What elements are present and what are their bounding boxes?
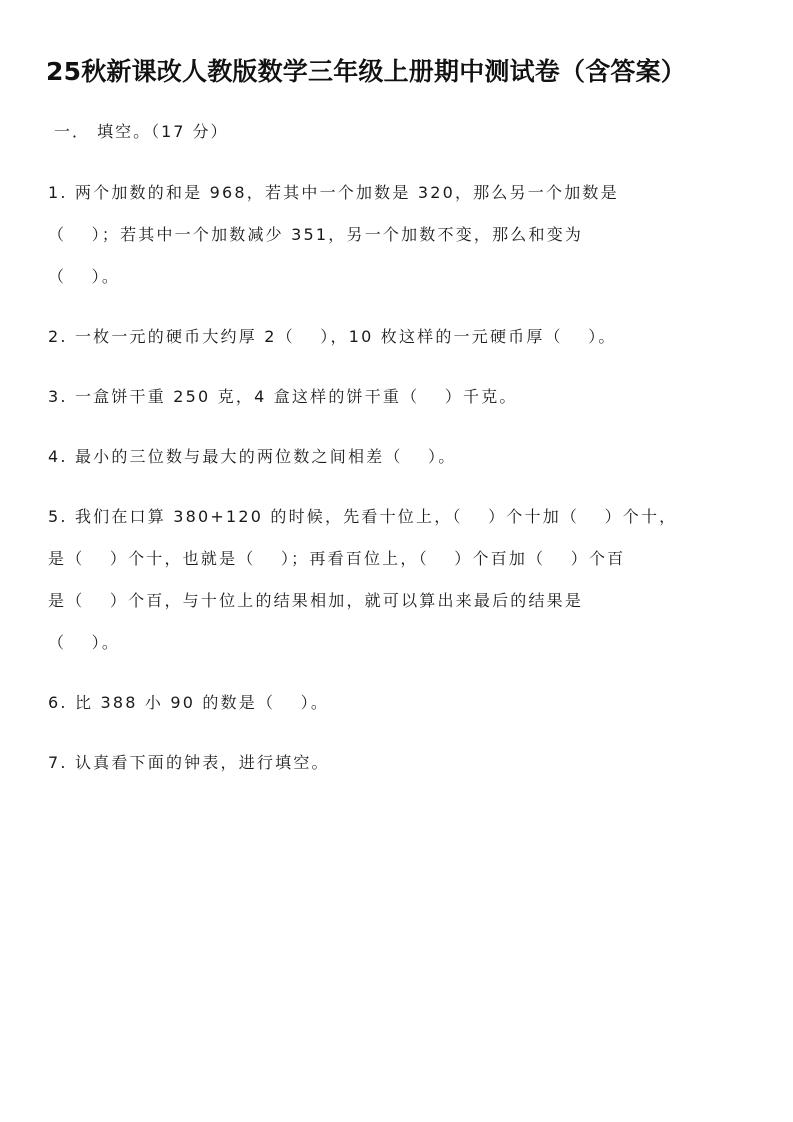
question-line: 是（ ）个十，也就是（ ）；再看百位上，（ ）个百加（ ）个百 (48, 546, 625, 569)
question-line: 6. 比 388 小 90 的数是（ ）。 (48, 690, 329, 713)
question-line: （ ）；若其中一个加数减少 351，另一个加数不变，那么和变为 (48, 222, 583, 245)
question-line: （ ）。 (48, 630, 120, 653)
question-line: 1. 两个加数的和是 968，若其中一个加数是 320，那么另一个加数是 (48, 180, 619, 203)
question-line: 4. 最小的三位数与最大的两位数之间相差（ ）。 (48, 444, 456, 467)
question-line: 是（ ）个百，与十位上的结果相加，就可以算出来最后的结果是 (48, 588, 583, 611)
document-page: 25秋新课改人教版数学三年级上册期中测试卷（含答案） 一． 填空。（17 分） … (0, 0, 793, 1122)
question-line: （ ）。 (48, 264, 120, 287)
question-line: 7. 认真看下面的钟表，进行填空。 (48, 750, 330, 773)
question-line: 3. 一盒饼干重 250 克，4 盒这样的饼干重（ ）千克。 (48, 384, 518, 407)
question-line: 5. 我们在口算 380+120 的时候，先看十位上，（ ）个十加（ ）个十， (48, 504, 677, 527)
question-line: 2. 一枚一元的硬币大约厚 2（ ），10 枚这样的一元硬币厚（ ）。 (48, 324, 617, 347)
section-heading: 一． 填空。（17 分） (54, 119, 229, 142)
document-title: 25秋新课改人教版数学三年级上册期中测试卷（含答案） (46, 52, 766, 88)
